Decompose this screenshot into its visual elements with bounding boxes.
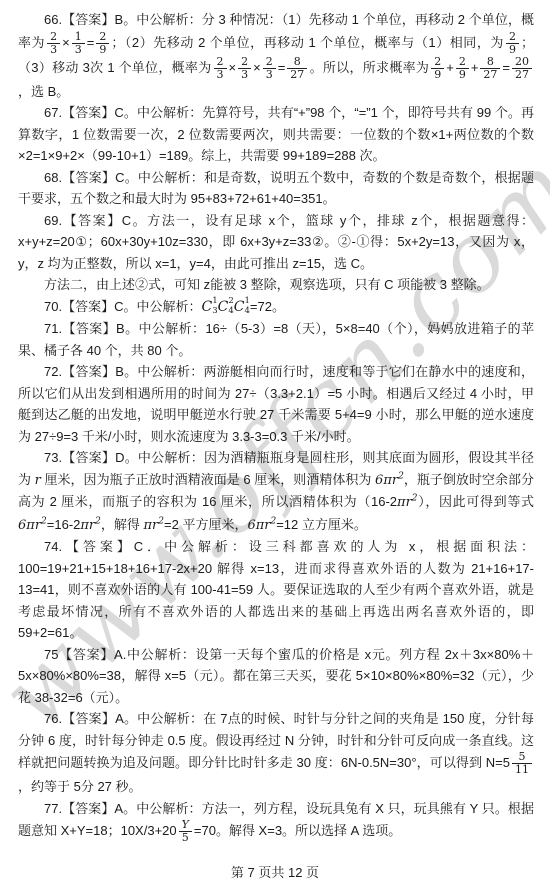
fraction: 23 bbox=[47, 31, 60, 56]
answer-74: 74.【答案】C．中公解析：设三科都喜欢的人为 x，根据面积法：100=19+2… bbox=[18, 536, 534, 644]
superscript: 2 bbox=[41, 516, 47, 526]
math-expression: 6πr bbox=[375, 473, 398, 488]
answer-71: 71.【答案】B。中公解析：16÷（5-3）=8（天），5×8=40（个），妈妈… bbox=[18, 318, 534, 361]
math-expression: r bbox=[35, 473, 41, 488]
answer-77: 77.【答案】A。中公解析：方法一，列方程，设玩具兔有 X 只，玩具熊有 Y 只… bbox=[18, 798, 534, 845]
fraction: 29 bbox=[456, 56, 469, 81]
document-page: www.offcn.com 66.【答案】B。中公解析：分 3 种情况：（1）先… bbox=[0, 0, 550, 896]
combination-symbol: C14 bbox=[234, 297, 250, 319]
fraction: 23 bbox=[238, 56, 251, 81]
fraction: 13 bbox=[72, 31, 85, 56]
answer-75: 75【答案】A.中公解析：设第一天每个蜜瓜的价格是 x元。列方程 2x＋3x×8… bbox=[18, 644, 534, 709]
answer-list: 66.【答案】B。中公解析：分 3 种情况：（1）先移动 1 个单位，再移动 2… bbox=[0, 0, 550, 845]
superscript: 2 bbox=[270, 516, 276, 526]
answer-69-method-2: 方法二，由上述②式，可知 z能被 3 整除，观察选项，只有 C 项能被 3 整除… bbox=[18, 274, 534, 296]
answer-72: 72.【答案】B。中公解析：两游艇相向而行时，速度和等于它们在静水中的速度和，所… bbox=[18, 361, 534, 447]
math-expression: 6πr bbox=[247, 518, 270, 533]
fraction: 29 bbox=[96, 31, 109, 56]
math-expression: 6πr bbox=[18, 518, 41, 533]
fraction: 29 bbox=[431, 56, 444, 81]
fraction: Y5 bbox=[179, 819, 192, 844]
answer-69-method-1: 69.【答案】C。方法一，设有足球 x个，篮球 y个，排球 z个，根据题意得：x… bbox=[18, 210, 534, 275]
combination-symbol: C13 bbox=[201, 297, 217, 319]
math-expression: πr bbox=[144, 518, 159, 533]
answer-68: 68.【答案】C。中公解析：和是奇数，说明五个数中，奇数的个数是奇数个，根据题干… bbox=[18, 167, 534, 210]
fraction: 23 bbox=[214, 56, 227, 81]
superscript: 2 bbox=[398, 471, 404, 481]
fraction: 511 bbox=[512, 751, 532, 776]
superscript: 2 bbox=[95, 516, 101, 526]
answer-67: 67.【答案】C。中公解析：先算符号，共有“+”98 个，“=”1 个，即符号共… bbox=[18, 102, 534, 167]
superscript: 2 bbox=[412, 494, 418, 504]
fraction: 827 bbox=[480, 56, 500, 81]
answer-73: 73.【答案】D。中公解析：因为酒精瓶瓶身是圆柱形，则其底面为圆形，假设其半径为… bbox=[18, 447, 534, 536]
fraction: 23 bbox=[263, 56, 276, 81]
answer-66: 66.【答案】B。中公解析：分 3 种情况：（1）先移动 1 个单位，再移动 2… bbox=[18, 9, 534, 102]
fraction: 827 bbox=[287, 56, 307, 81]
fraction: 29 bbox=[506, 31, 519, 56]
combination-symbol: C24 bbox=[218, 297, 234, 319]
answer-70: 70.【答案】C。中公解析：C13C24C14=72。 bbox=[18, 296, 534, 318]
superscript: 2 bbox=[158, 516, 164, 526]
answer-76: 76.【答案】A。中公解析：在 7点的时候、时针与分针之间的夹角是 150 度，… bbox=[18, 708, 534, 798]
fraction: 2027 bbox=[512, 56, 532, 81]
math-expression: πr bbox=[397, 495, 412, 510]
page-footer: 第 7 页共 12 页 bbox=[0, 862, 550, 881]
math-expression: πr bbox=[80, 518, 95, 533]
